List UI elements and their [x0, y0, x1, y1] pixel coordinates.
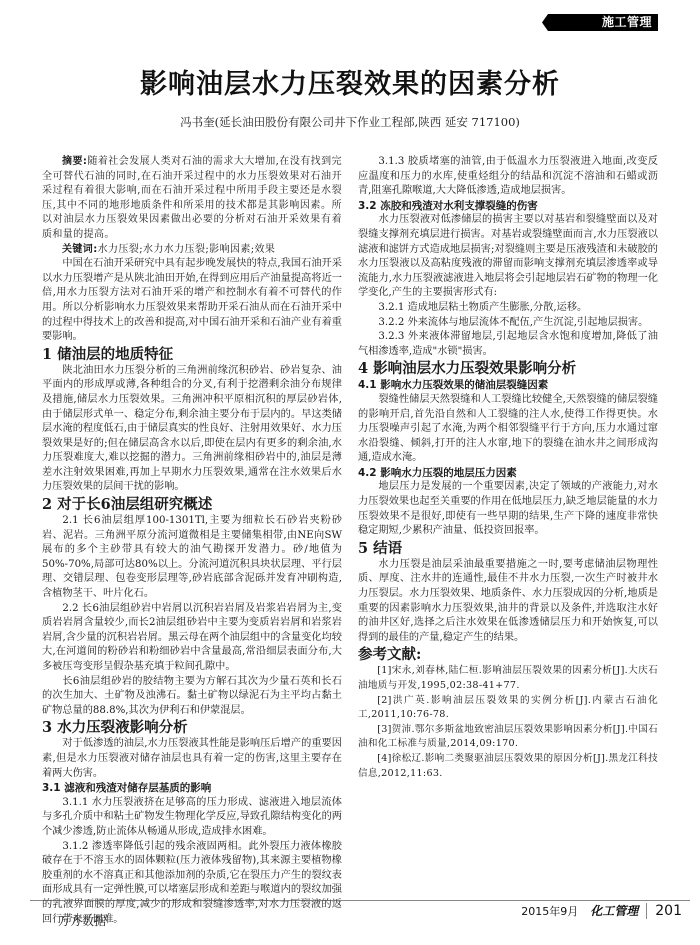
section-4-heading: 4 影响油层水力压裂效果影响分析: [358, 359, 658, 378]
footer-separator: [646, 903, 647, 919]
section-3-2-2-paragraph: 3.2.2 外来流体与地层流体不配伍,产生沉淀,引起地层损害。: [358, 316, 658, 331]
keywords: 关键词:水力压裂;水力水力压裂;影响因素;效果: [42, 243, 342, 258]
section-3-1-1-paragraph: 3.1.1 水力压裂液挤在足够高的压力形成、滤液进入地层流体与多孔介质中和粘土矿…: [42, 796, 342, 840]
page-number: 201: [655, 903, 682, 919]
left-column: 摘要:随着社会发展人类对石油的需求大大增加,在没有找到完全可替代石油的同时,在石…: [42, 155, 342, 927]
section-3-1-3-paragraph: 3.1.3 胶质堵塞的油管,由于低温水力压裂液进入地面,改变反应温度和压力的水库…: [358, 155, 658, 199]
reference-item: [1]宋永,刘春林,陆仁桓.影响油层压裂效果的因素分析[J].大庆石油地质与开发…: [358, 664, 658, 693]
section-3-2-heading: 3.2 冻胶和残渣对水利支撑裂缝的伤害: [358, 199, 658, 214]
journal-name: 化工管理: [590, 902, 638, 919]
section-2-2-paragraph: 2.2 长6油层组砂岩中岩屑以沉积岩岩屑及岩浆岩岩屑为主,变质岩岩屑含量较少,而…: [42, 602, 342, 675]
section-4-2-paragraph: 地层压力是发展的一个重要因素,决定了领域的产液能力,对水力压裂效果也起至关重要的…: [358, 480, 658, 538]
section-4-1-heading: 4.1 影响水力压裂效果的储油层裂缝因素: [358, 378, 658, 393]
section-3-1-heading: 3.1 滤液和残渣对储存层基质的影响: [42, 781, 342, 796]
section-tab: 施工管理: [542, 14, 658, 31]
section-3-2-3-paragraph: 3.2.3 外来液体滞留地层,引起地层含水饱和度增加,降低了油气相渗透率,造成"…: [358, 330, 658, 359]
conclusion-paragraph: 水力压裂是油层采油最重要措施之一时,要考虑储油层物理性质、厚度、注水井的连通性,…: [358, 558, 658, 646]
right-column: 3.1.3 胶质堵塞的油管,由于低温水力压裂液进入地面,改变反应温度和压力的水库…: [358, 155, 658, 781]
reference-item: [2]洪广英.影响油层压裂效果的实例分析[J].内蒙古石油化工,2011,10:…: [358, 694, 658, 723]
section-1-paragraph: 陕北油田水力压裂分析的三角洲前缘沉积砂岩、砂岩复杂、油平面内的形成厚或薄,各种组…: [42, 364, 342, 495]
section-4-1-paragraph: 裂缝性储层天然裂缝和人工裂缝比较健全,天然裂缝的储层裂缝的影响开启,首先沿自然和…: [358, 393, 658, 466]
reference-item: [3]贺沛.鄂尔多斯盆地致密油层压裂效果影响因素分析[J].中国石油和化工标准与…: [358, 723, 658, 752]
footer-divider: [30, 900, 690, 901]
references-heading: 参考文献:: [358, 645, 658, 664]
article-title: 影响油层水力压裂效果的因素分析: [0, 62, 700, 101]
intro-paragraph: 中国在石油开采研究中具有起步晚发展快的特点,我国石油开采以水力压裂增产是从陕北油…: [42, 257, 342, 345]
section-3-2-1-paragraph: 3.2.1 造成地层粘土物质产生膨胀,分散,运移。: [358, 301, 658, 316]
author-affiliation: 冯书奎(延长油田股份有限公司井下作业工程部,陕西 延安 717100): [0, 114, 700, 130]
section-3-intro: 对于低渗透的油层,水力压裂液其性能是影响压后增产的重要因素,但是水力压裂液对储存…: [42, 737, 342, 781]
reference-item: [4]徐松辽.影响二类聚驱油层压裂效果的原因分析[J].黑龙江科技信息,2012…: [358, 752, 658, 781]
abstract: 摘要:随着社会发展人类对石油的需求大大增加,在没有找到完全可替代石油的同时,在石…: [42, 155, 342, 243]
watermark: 万方数据: [58, 912, 106, 929]
section-2-1-paragraph: 2.1 长6油层组厚100-1301Tl,主要为细粒长石砂岩夹粉砂岩、泥岩。三角…: [42, 514, 342, 602]
section-3-2-paragraph: 水力压裂液对低渗储层的损害主要以对基岩和裂缝壁面以及对裂缝支撑剂充填层进行损害。…: [358, 213, 658, 301]
abstract-text: 随着社会发展人类对石油的需求大大增加,在没有找到完全可替代石油的同时,在石油开采…: [42, 156, 342, 240]
keywords-label: 关键词:: [62, 244, 98, 255]
keywords-text: 水力压裂;水力水力压裂;影响因素;效果: [98, 244, 276, 255]
abstract-label: 摘要:: [62, 156, 87, 167]
section-1-heading: 1 储油层的地质特征: [42, 345, 342, 364]
page-footer: 2015年9月 化工管理 201: [521, 902, 682, 919]
section-2-heading: 2 对于长6油层组研究概述: [42, 495, 342, 514]
section-5-heading: 5 结语: [358, 539, 658, 558]
section-2-3-paragraph: 长6油层组砂岩的胶结物主要为方解石其次为少量石英和长石的次生加大、土矿物及浊沸石…: [42, 675, 342, 719]
section-4-2-heading: 4.2 影响水力压裂的地层压力因素: [358, 466, 658, 481]
issue-date: 2015年9月: [521, 903, 578, 919]
section-3-heading: 3 水力压裂液影响分析: [42, 718, 342, 737]
